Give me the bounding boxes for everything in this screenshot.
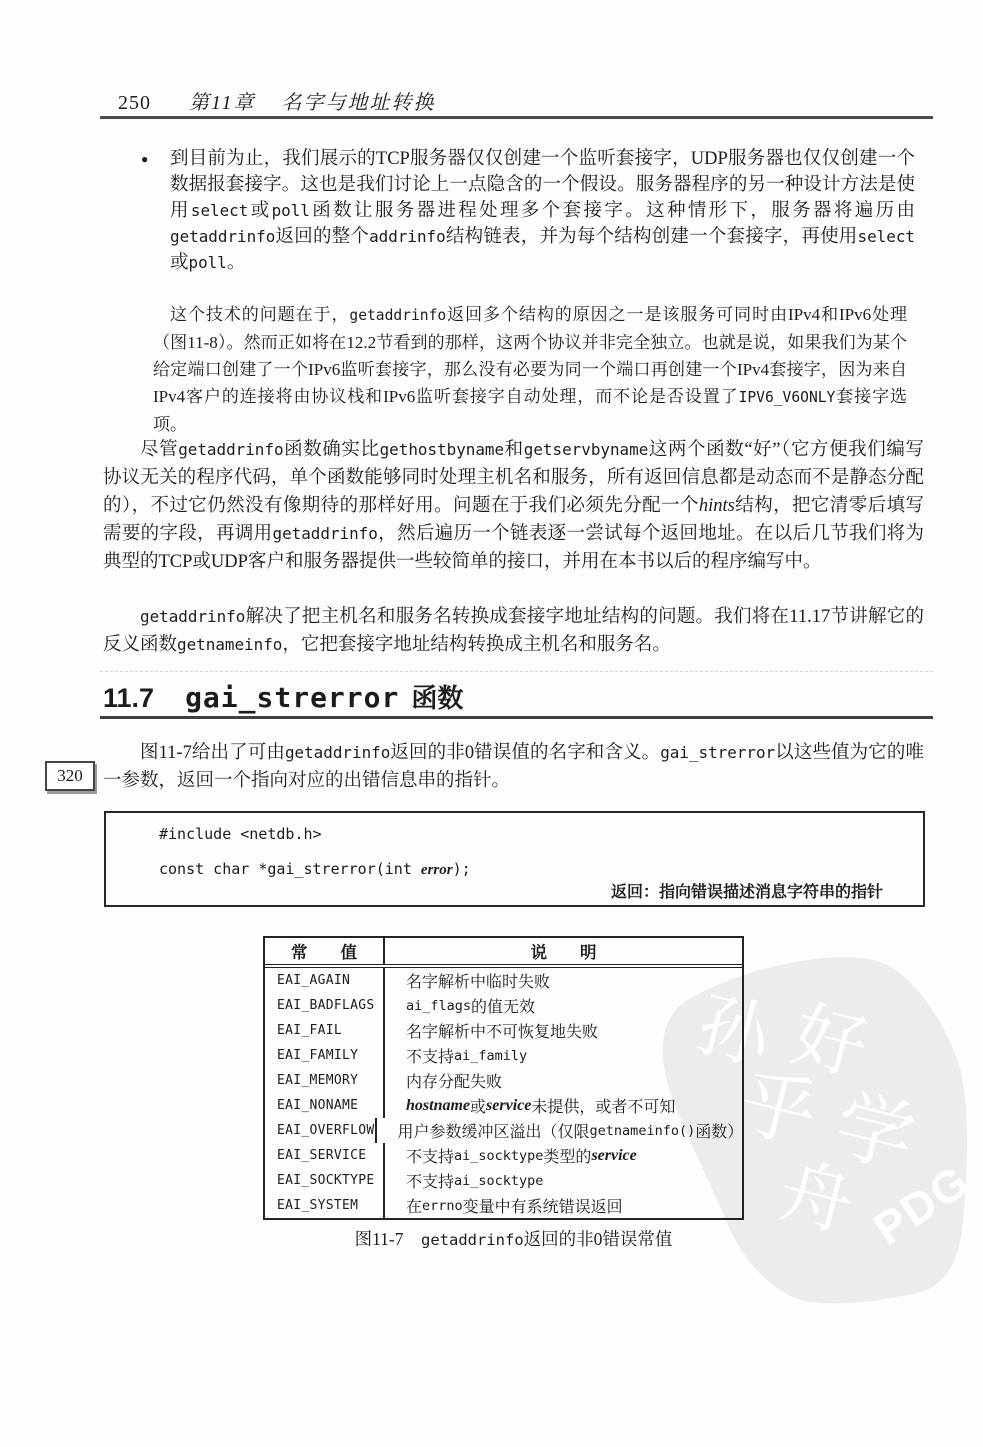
section-heading: 11.7 gai_strerror 函数 (103, 678, 463, 715)
error-description-cell: 不支持ai_socktype (385, 1168, 742, 1193)
table-row: EAI_MEMORY内存分配失败 (265, 1068, 742, 1093)
error-constants-table: 常 值 说 明 EAI_AGAIN名字解析中临时失败EAI_BADFLAGSai… (263, 936, 744, 1220)
function-prototype-box: #include <netdb.h> const char *gai_strer… (104, 811, 925, 907)
error-constant-cell: EAI_MEMORY (265, 1068, 385, 1093)
error-constant-cell: EAI_FAMILY (265, 1043, 385, 1068)
error-constant-cell: EAI_BADFLAGS (265, 993, 385, 1018)
include-line: #include <netdb.h> (159, 825, 322, 843)
column-header-description: 说 明 (385, 938, 742, 964)
error-description-cell: 名字解析中临时失败 (385, 968, 742, 993)
table-body: EAI_AGAIN名字解析中临时失败EAI_BADFLAGSai_flags的值… (265, 968, 742, 1218)
paragraph-figure-intro: 图11-7给出了可由getaddrinfo返回的非0错误值的名字和含义。gai_… (103, 739, 924, 795)
table-header-row: 常 值 说 明 (265, 938, 742, 968)
prototype-line: const char *gai_strerror(int error); (159, 860, 471, 879)
error-constant-cell: EAI_FAIL (265, 1018, 385, 1043)
note-paragraph: 这个技术的问题在于，getaddrinfo返回多个结构的原因之一是该服务可同时由… (153, 301, 907, 438)
error-description-cell: 不支持ai_family (385, 1043, 742, 1068)
table-row: EAI_FAMILY不支持ai_family (265, 1043, 742, 1068)
table-row: EAI_NONAMEhostname或service未提供，或者不可知 (265, 1093, 742, 1118)
section-function-name: gai_strerror (185, 681, 399, 714)
book-page: 孙 好 乎 学 舟 PDG 250 第11章 名字与地址转换 ● 到目前为止，我… (0, 0, 983, 1447)
bullet-paragraph-text: 到目前为止，我们展示的TCP服务器仅仅创建一个监听套接字，UDP服务器也仅仅创建… (170, 146, 915, 276)
paragraph-getaddrinfo-compare: 尽管getaddrinfo函数确实比gethostbyname和getservb… (103, 436, 924, 576)
error-description-cell: hostname或service未提供，或者不可知 (385, 1093, 742, 1118)
error-constant-cell: EAI_SERVICE (265, 1143, 385, 1168)
error-constant-cell: EAI_NONAME (265, 1093, 385, 1118)
error-description-cell: ai_flags的值无效 (385, 993, 742, 1018)
table-row: EAI_SOCKTYPE不支持ai_socktype (265, 1168, 742, 1193)
error-description-cell: 内存分配失败 (385, 1068, 742, 1093)
table-row: EAI_BADFLAGSai_flags的值无效 (265, 993, 742, 1018)
error-description-cell: 在errno变量中有系统错误返回 (385, 1193, 742, 1218)
table-row: EAI_FAIL名字解析中不可恢复地失败 (265, 1018, 742, 1043)
table-row: EAI_SYSTEM在errno变量中有系统错误返回 (265, 1193, 742, 1218)
return-note: 返回：指向错误描述消息字符串的指针 (611, 879, 883, 902)
section-number: 11.7 (103, 683, 154, 714)
heading-rule (100, 716, 933, 719)
error-constant-cell: EAI_SYSTEM (265, 1193, 385, 1218)
section-suffix: 函数 (411, 678, 463, 715)
page-number: 250 (118, 92, 151, 115)
error-constant-cell: EAI_SOCKTYPE (265, 1168, 385, 1193)
page-header: 250 第11章 名字与地址转换 (118, 86, 436, 115)
error-description-cell: 用户参数缓冲区溢出（仅限getnameinfo()函数） (377, 1118, 744, 1143)
header-rule (100, 116, 933, 119)
chapter-label: 第11章 (189, 86, 256, 115)
scan-artifact-line (100, 671, 933, 672)
bullet-paragraph: ● 到目前为止，我们展示的TCP服务器仅仅创建一个监听套接字，UDP服务器也仅仅… (141, 146, 915, 276)
table-row: EAI_OVERFLOW用户参数缓冲区溢出（仅限getnameinfo()函数） (265, 1118, 742, 1143)
column-header-constant: 常 值 (265, 938, 385, 964)
original-page-marker: 320 (45, 761, 95, 791)
error-description-cell: 不支持ai_socktype类型的service (385, 1143, 742, 1168)
table-row: EAI_AGAIN名字解析中临时失败 (265, 968, 742, 993)
error-constant-cell: EAI_OVERFLOW (265, 1118, 377, 1143)
paragraph-getaddrinfo-solve: getaddrinfo解决了把主机名和服务名转换成套接字地址结构的问题。我们将在… (103, 603, 924, 659)
table-row: EAI_SERVICE不支持ai_socktype类型的service (265, 1143, 742, 1168)
figure-caption: 图11-7 getaddrinfo返回的非0错误常值 (103, 1226, 924, 1251)
chapter-title: 名字与地址转换 (282, 86, 436, 115)
bullet-icon: ● (141, 152, 148, 167)
error-constant-cell: EAI_AGAIN (265, 968, 385, 993)
error-description-cell: 名字解析中不可恢复地失败 (385, 1018, 742, 1043)
